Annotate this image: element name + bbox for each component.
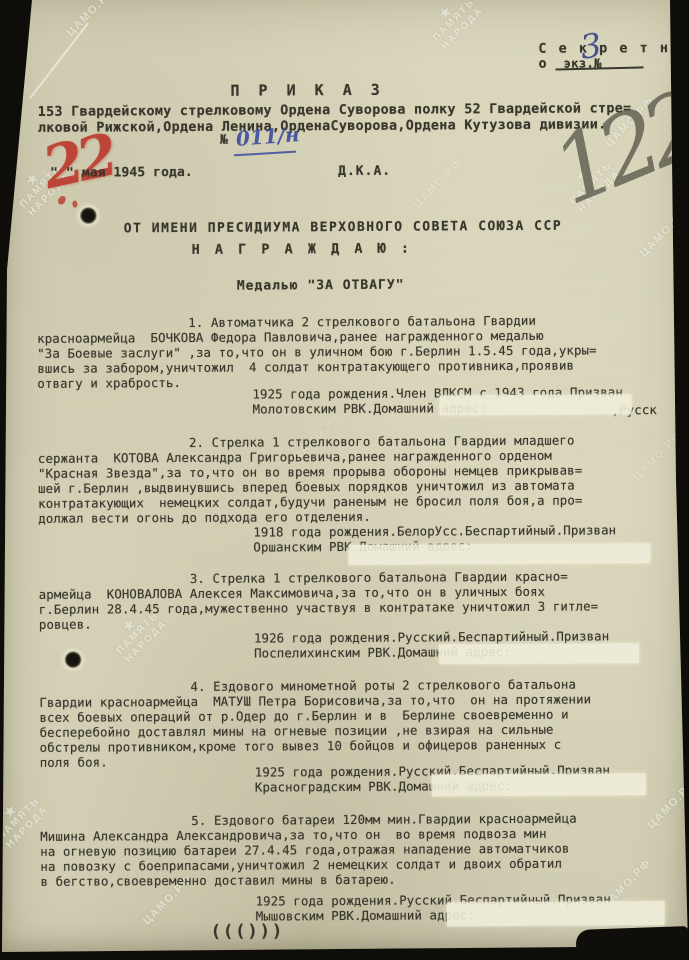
entry-5-citation: 5. Ездового батареи 120мм мин.Гвардии кр… — [40, 810, 665, 889]
order-title: П Р И К А З — [0, 81, 618, 100]
archive-watermark: ЦАМО.РФ — [412, 156, 466, 210]
scan-artifact — [576, 926, 689, 956]
handwritten-order-number: 011/н — [235, 122, 300, 151]
memory-watermark: ★ ПАМЯТЬ НАРОДА — [423, 0, 487, 53]
star-icon: ★ — [2, 802, 19, 819]
entry-1-citation: 1. Автоматчика 2 стрелкового батальона Г… — [37, 312, 662, 391]
archive-watermark: ЦАМО.РФ — [64, 0, 118, 39]
memory-watermark-line1: ПАМЯТЬ — [431, 0, 478, 44]
entry-2-citation: 2. Стрелка 1 стрелкового батальона Гвард… — [38, 432, 664, 526]
award-verb-line: Н А Г Р А Ж Д А Ю : — [192, 242, 413, 258]
army-abbreviation: Д.К.А. — [338, 164, 391, 179]
order-number-underline — [234, 151, 296, 157]
memory-watermark-line1: ПАМЯТЬ — [0, 795, 43, 843]
redaction-patch — [432, 773, 646, 796]
handwritten-copy-number: 3 — [578, 25, 604, 67]
redaction-patch — [348, 543, 650, 565]
redaction-patch — [439, 643, 639, 664]
paper-sheet: ЦАМО.РФ ЦАМО.РФ ЦАМО.РФ ЦАМО.РФ ЦАМО.РФ … — [0, 0, 689, 960]
medal-line: Медалью "ЗА ОТВАГУ" — [237, 278, 405, 294]
memory-watermark-line2: НАРОДА — [439, 5, 486, 53]
redaction-patch — [439, 394, 631, 415]
scanned-document-page: ЦАМО.РФ ЦАМО.РФ ЦАМО.РФ ЦАМО.РФ ЦАМО.РФ … — [0, 0, 689, 960]
page-end-mark: ((())) — [211, 924, 285, 939]
star-icon: ★ — [25, 170, 42, 187]
order-number-sign: № — [220, 133, 228, 148]
handwritten-pencil-page-number: 1224 — [538, 53, 689, 226]
document-content: ЦАМО.РФ ЦАМО.РФ ЦАМО.РФ ЦАМО.РФ ЦАМО.РФ … — [0, 0, 689, 960]
date-line: " " мая 1945 года. — [50, 165, 193, 181]
authority-line: ОТ ИМЕНИ ПРЕСИДИУМА ВЕРХОВНОГО СОВЕТА СО… — [0, 218, 687, 237]
star-icon: ★ — [438, 4, 455, 21]
punch-hole — [55, 642, 90, 677]
entry-3-citation: 3. Стрелка 1 стрелкового батальона Гвард… — [39, 568, 664, 632]
entry-4-citation: 4. Ездового минометной роты 2 стрелковог… — [39, 676, 665, 770]
punch-hole — [75, 202, 101, 228]
redaction-patch — [447, 901, 665, 926]
handwritten-date-day: 22 — [37, 121, 119, 202]
